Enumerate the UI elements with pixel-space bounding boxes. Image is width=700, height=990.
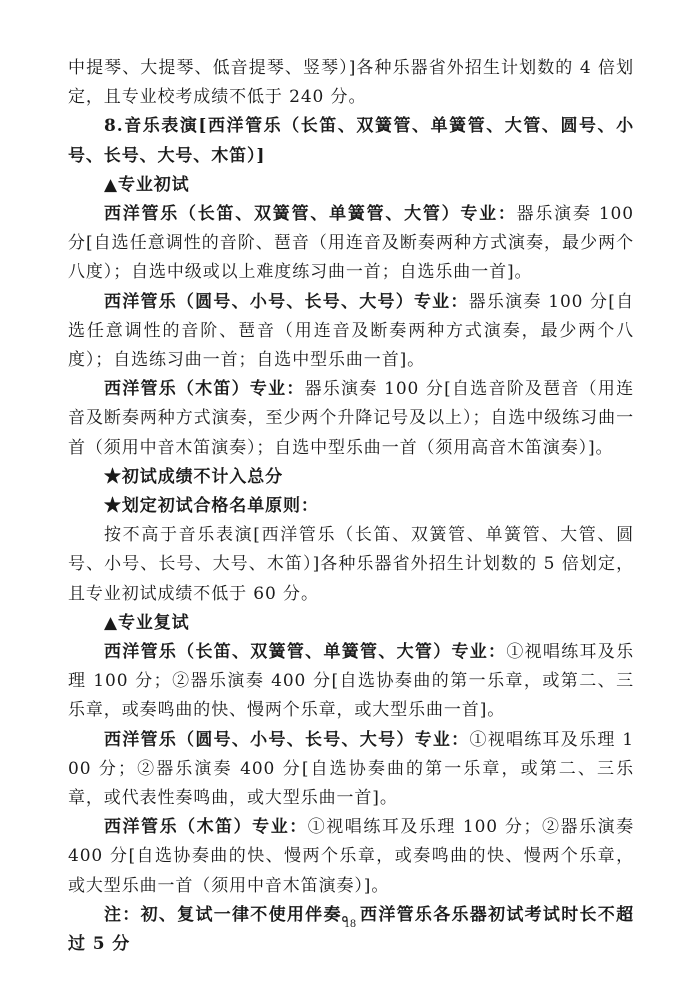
retest-woodwind: 西洋管乐（长笛、双簧管、单簧管、大管）专业：①视唱练耳及乐理 100 分；②器乐… [68,638,634,726]
retest-recorder: 西洋管乐（木笛）专业：①视唱练耳及乐理 100 分；②器乐演奏 400 分[自选… [68,813,634,901]
paragraph-continuation: 中提琴、大提琴、低音提琴、竖琴）]各种乐器省外招生计划数的 4 倍划定，且专业校… [68,54,634,112]
qualify-principle-heading: ★划定初试合格名单原则： [68,492,634,521]
initial-exam-brass: 西洋管乐（圆号、小号、长号、大号）专业：器乐演奏 100 分[自选任意调性的音阶… [68,288,634,376]
major-label: 西洋管乐（长笛、双簧管、单簧管、大管）专业： [104,642,506,662]
qualify-principle-text: 按不高于音乐表演[西洋管乐（长笛、双簧管、单簧管、大管、圆号、小号、长号、大号、… [68,521,634,609]
section-heading-music-performance-wind: 8.音乐表演[西洋管乐（长笛、双簧管、单簧管、大管、圆号、小号、长号、大号、木笛… [68,112,634,170]
note-not-counted: ★初试成绩不计入总分 [68,463,634,492]
major-label: 西洋管乐（木笛）专业： [104,379,305,399]
initial-exam-recorder: 西洋管乐（木笛）专业：器乐演奏 100 分[自选音阶及琶音（用连音及断奏两种方式… [68,375,634,463]
retest-brass: 西洋管乐（圆号、小号、长号、大号）专业：①视唱练耳及乐理 100 分；②器乐演奏… [68,726,634,814]
initial-exam-heading: ▲专业初试 [68,171,634,200]
major-label: 西洋管乐（木笛）专业： [104,817,308,837]
retest-heading: ▲专业复试 [68,609,634,638]
document-page: 中提琴、大提琴、低音提琴、竖琴）]各种乐器省外招生计划数的 4 倍划定，且专业校… [68,54,634,959]
major-label: 西洋管乐（圆号、小号、长号、大号）专业： [104,292,469,312]
page-number: 18 [0,916,700,931]
initial-exam-woodwind: 西洋管乐（长笛、双簧管、单簧管、大管）专业：器乐演奏 100 分[自选任意调性的… [68,200,634,288]
major-label: 西洋管乐（长笛、双簧管、单簧管、大管）专业： [104,204,517,224]
major-label: 西洋管乐（圆号、小号、长号、大号）专业： [104,730,469,750]
